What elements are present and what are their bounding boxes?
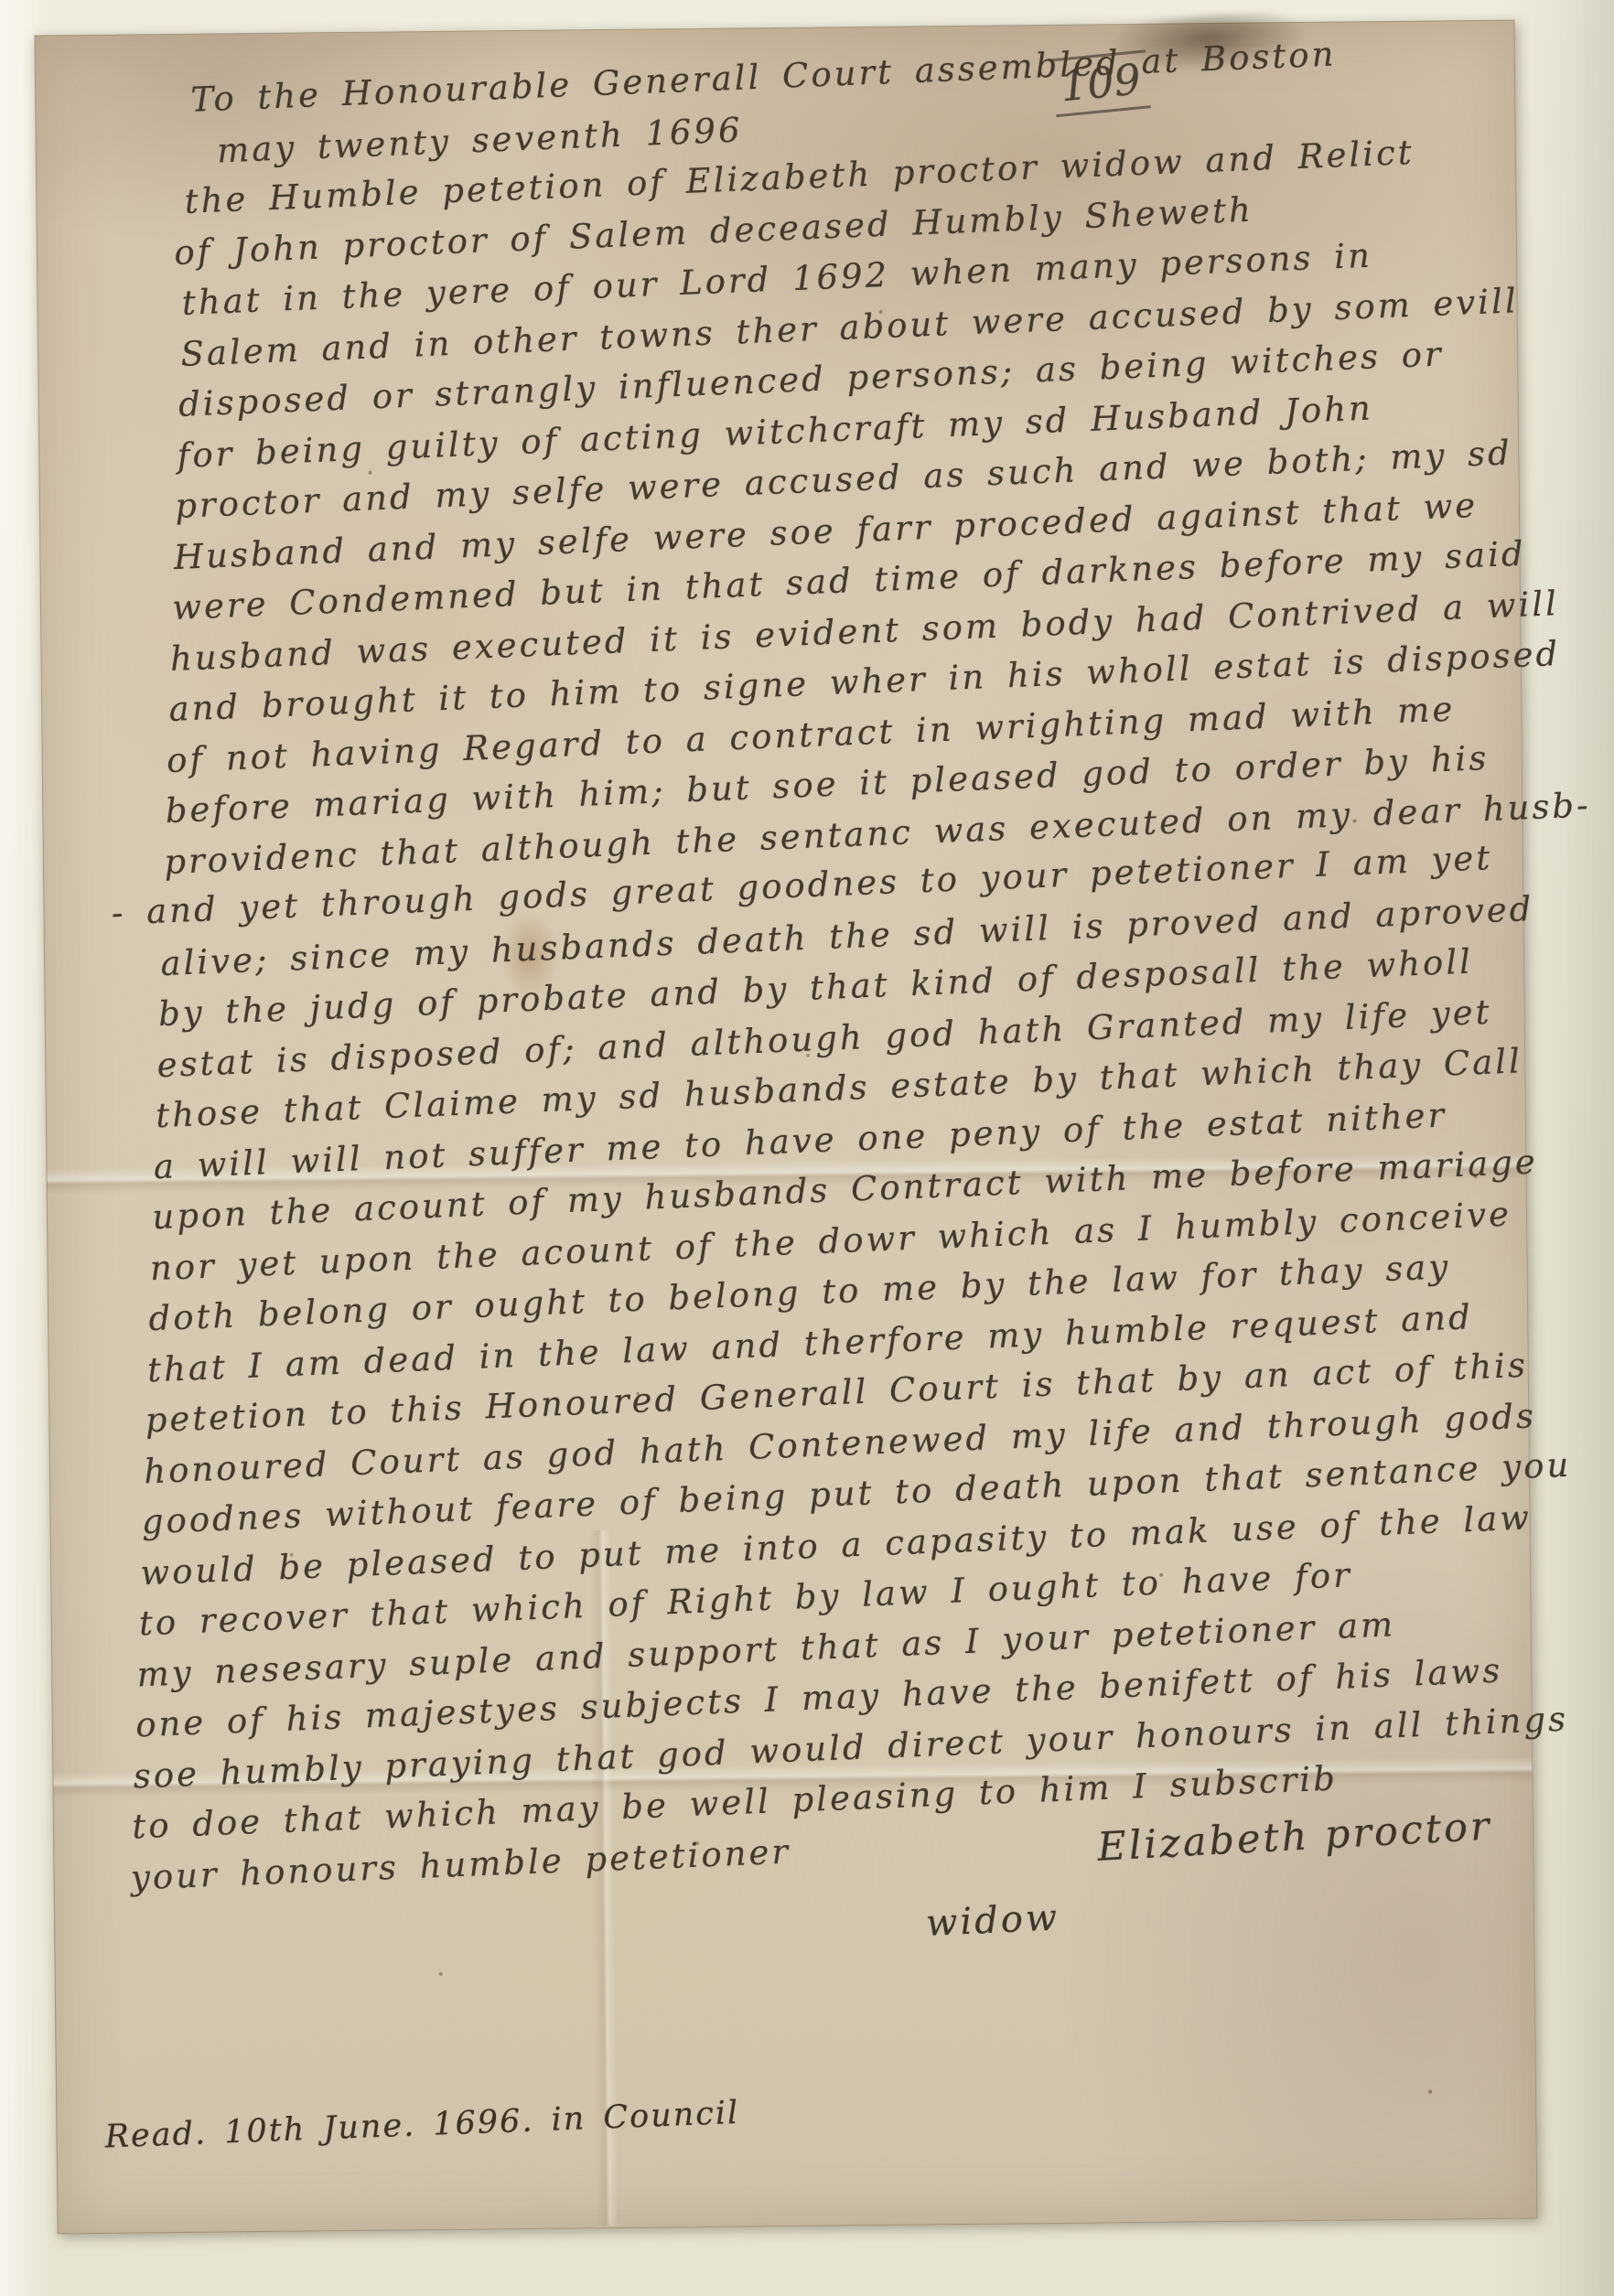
paper-specks: [35, 37, 37, 38]
docket-note: Read. 10th June. 1696. in Council: [104, 2095, 740, 2156]
manuscript-line: your honours humble petetioner: [130, 1833, 791, 1896]
signature-role: widow: [925, 1896, 1060, 1945]
manuscript-line: To the Honourable Generall Court assembl…: [190, 37, 1337, 119]
manuscript-line: may twenty seventh 1696: [216, 112, 743, 169]
photograph: 109 To the Honourable Generall Court ass…: [0, 0, 1614, 2296]
manuscript-page: 109 To the Honourable Generall Court ass…: [34, 20, 1537, 2235]
signature-name: Elizabeth proctor: [1096, 1804, 1493, 1871]
